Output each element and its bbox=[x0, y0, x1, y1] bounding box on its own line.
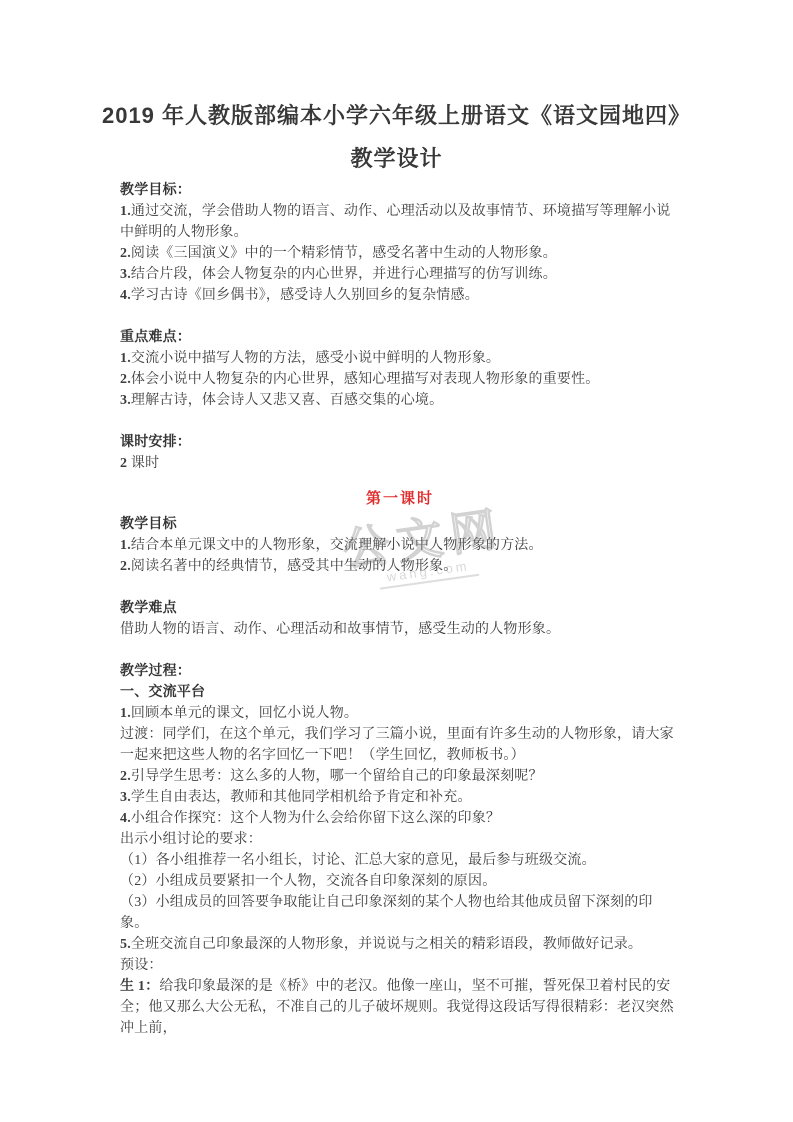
bold-text-run: 3. bbox=[120, 393, 131, 408]
body-paragraph: 1.结合本单元课文中的人物形象，交流理解小说中人物形象的方法。 bbox=[120, 535, 680, 556]
text-run: 课时 bbox=[127, 456, 159, 471]
text-run: 理解古诗，体会诗人又悲又喜、百感交集的心境。 bbox=[131, 393, 443, 408]
document-title-line1: 2019 年人教版部编本小学六年级上册语文《语文园地四》 bbox=[0, 94, 793, 137]
text-run: 结合片段，体会人物复杂的内心世界，并进行心理描写的仿写训练。 bbox=[131, 267, 557, 282]
text-run: 阅读名著中的经典情节，感受其中生动的人物形象。 bbox=[131, 559, 458, 574]
body-paragraph: 2.阅读名著中的经典情节，感受其中生动的人物形象。 bbox=[120, 556, 680, 577]
document-title: 2019 年人教版部编本小学六年级上册语文《语文园地四》 教学设计 bbox=[0, 0, 793, 180]
bold-text-run: 4. bbox=[120, 811, 131, 826]
text-run: 教学目标： bbox=[120, 183, 191, 198]
text-run: 预设： bbox=[120, 958, 163, 973]
text-run: 小组合作探究：这个人物为什么会给你留下这么深的印象？ bbox=[131, 811, 500, 826]
text-run: 一、交流平台 bbox=[120, 685, 205, 700]
section-heading: 重点难点： bbox=[120, 327, 680, 348]
body-paragraph: （3）小组成员的回答要争取能让自己印象深刻的某个人物也给其他成员留下深刻的印象。 bbox=[120, 892, 680, 934]
text-run: 教学目标 bbox=[120, 517, 177, 532]
bold-text-run: 1. bbox=[120, 538, 131, 553]
bold-text-run: 4. bbox=[120, 288, 131, 303]
body-paragraph: 借助人物的语言、动作、心理活动和故事情节，感受生动的人物形象。 bbox=[120, 619, 680, 640]
section-heading: 教学目标 bbox=[120, 514, 680, 535]
body-paragraph: 1.通过交流，学会借助人物的语言、动作、心理活动以及故事情节、环境描写等理解小说… bbox=[120, 201, 680, 243]
body-paragraph: 2.引导学生思考：这么多的人物，哪一个留给自己的印象最深刻呢？ bbox=[120, 766, 680, 787]
text-run: 第一课时 bbox=[366, 491, 434, 507]
text-run: 交流小说中描写人物的方法，感受小说中鲜明的人物形象。 bbox=[131, 351, 500, 366]
body-paragraph: 3.理解古诗，体会诗人又悲又喜、百感交集的心境。 bbox=[120, 390, 680, 411]
text-run: 教学难点 bbox=[120, 601, 177, 616]
bold-text-run: 1. bbox=[120, 351, 131, 366]
body-paragraph: 过渡：同学们，在这个单元，我们学习了三篇小说，里面有许多生动的人物形象，请大家一… bbox=[120, 724, 680, 766]
body-paragraph: 5.全班交流自己印象最深的人物形象，并说说与之相关的精彩语段，教师做好记录。 bbox=[120, 934, 680, 955]
body-paragraph: 3.学生自由表达，教师和其他同学相机给予肯定和补充。 bbox=[120, 787, 680, 808]
text-run: 教学过程： bbox=[120, 664, 191, 679]
text-run: 学习古诗《回乡偶书》，感受诗人久别回乡的复杂情感。 bbox=[131, 288, 479, 303]
body-paragraph: 3.结合片段，体会人物复杂的内心世界，并进行心理描写的仿写训练。 bbox=[120, 264, 680, 285]
section-subheading: 一、交流平台 bbox=[120, 682, 680, 703]
text-run: 学生自由表达，教师和其他同学相机给予肯定和补充。 bbox=[131, 790, 472, 805]
bold-text-run: 3. bbox=[120, 267, 131, 282]
section-heading: 教学难点 bbox=[120, 598, 680, 619]
lesson-period-heading: 第一课时 bbox=[120, 489, 680, 510]
text-run: 过渡：同学们，在这个单元，我们学习了三篇小说，里面有许多生动的人物形象，请大家一… bbox=[120, 727, 674, 763]
body-paragraph: （1）各小组推荐一名小组长，讨论、汇总大家的意见，最后参与班级交流。 bbox=[120, 850, 680, 871]
text-run: 出示小组讨论的要求： bbox=[120, 832, 262, 847]
text-run: （1）各小组推荐一名小组长，讨论、汇总大家的意见，最后参与班级交流。 bbox=[120, 853, 596, 868]
body-paragraph: 预设： bbox=[120, 955, 680, 976]
text-run: （3）小组成员的回答要争取能让自己印象深刻的某个人物也给其他成员留下深刻的印象。 bbox=[120, 895, 653, 931]
bold-text-run: 5. bbox=[120, 937, 131, 952]
document-body: 教学目标：1.通过交流，学会借助人物的语言、动作、心理活动以及故事情节、环境描写… bbox=[120, 180, 680, 1039]
bold-text-run: 2. bbox=[120, 246, 131, 261]
body-paragraph: 1.交流小说中描写人物的方法，感受小说中鲜明的人物形象。 bbox=[120, 348, 680, 369]
body-paragraph: 4.学习古诗《回乡偶书》，感受诗人久别回乡的复杂情感。 bbox=[120, 285, 680, 306]
body-paragraph: 2 课时 bbox=[120, 453, 680, 474]
bold-text-run: 1. bbox=[120, 706, 131, 721]
text-run: 阅读《三国演义》中的一个精彩情节，感受名著中生动的人物形象。 bbox=[131, 246, 557, 261]
text-run: 借助人物的语言、动作、心理活动和故事情节，感受生动的人物形象。 bbox=[120, 622, 560, 637]
body-paragraph: 出示小组讨论的要求： bbox=[120, 829, 680, 850]
bold-text-run: 2. bbox=[120, 372, 131, 387]
bold-text-run: 3. bbox=[120, 790, 131, 805]
text-run: 引导学生思考：这么多的人物，哪一个留给自己的印象最深刻呢？ bbox=[131, 769, 543, 784]
text-run: 给我印象最深的是《桥》中的老汉。他像一座山，坚不可摧，誓死保卫着村民的安全；他又… bbox=[120, 979, 674, 1036]
section-heading: 教学目标： bbox=[120, 180, 680, 201]
text-run: 回顾本单元的课文，回忆小说人物。 bbox=[131, 706, 358, 721]
text-run: 体会小说中人物复杂的内心世界，感知心理描写对表现人物形象的重要性。 bbox=[131, 372, 600, 387]
body-paragraph: 2.体会小说中人物复杂的内心世界，感知心理描写对表现人物形象的重要性。 bbox=[120, 369, 680, 390]
bold-text-run: 2. bbox=[120, 769, 131, 784]
text-run: 重点难点： bbox=[120, 330, 191, 345]
body-paragraph: （2）小组成员要紧扣一个人物，交流各自印象深刻的原因。 bbox=[120, 871, 680, 892]
section-heading: 教学过程： bbox=[120, 661, 680, 682]
document-title-line2: 教学设计 bbox=[0, 137, 793, 180]
bold-text-run: 2. bbox=[120, 559, 131, 574]
text-run: （2）小组成员要紧扣一个人物，交流各自印象深刻的原因。 bbox=[120, 874, 496, 889]
body-paragraph: 生 1：给我印象最深的是《桥》中的老汉。他像一座山，坚不可摧，誓死保卫着村民的安… bbox=[120, 976, 680, 1039]
bold-text-run: 生 1： bbox=[120, 979, 159, 994]
body-paragraph: 4.小组合作探究：这个人物为什么会给你留下这么深的印象？ bbox=[120, 808, 680, 829]
document-page: 2019 年人教版部编本小学六年级上册语文《语文园地四》 教学设计 教学目标：1… bbox=[0, 0, 793, 1122]
text-run: 全班交流自己印象最深的人物形象，并说说与之相关的精彩语段，教师做好记录。 bbox=[131, 937, 642, 952]
text-run: 通过交流，学会借助人物的语言、动作、心理活动以及故事情节、环境描写等理解小说中鲜… bbox=[120, 204, 671, 240]
text-run: 课时安排： bbox=[120, 435, 191, 450]
text-run: 结合本单元课文中的人物形象，交流理解小说中人物形象的方法。 bbox=[131, 538, 543, 553]
body-paragraph: 2.阅读《三国演义》中的一个精彩情节，感受名著中生动的人物形象。 bbox=[120, 243, 680, 264]
bold-text-run: 1. bbox=[120, 204, 131, 219]
section-heading: 课时安排： bbox=[120, 432, 680, 453]
body-paragraph: 1.回顾本单元的课文，回忆小说人物。 bbox=[120, 703, 680, 724]
